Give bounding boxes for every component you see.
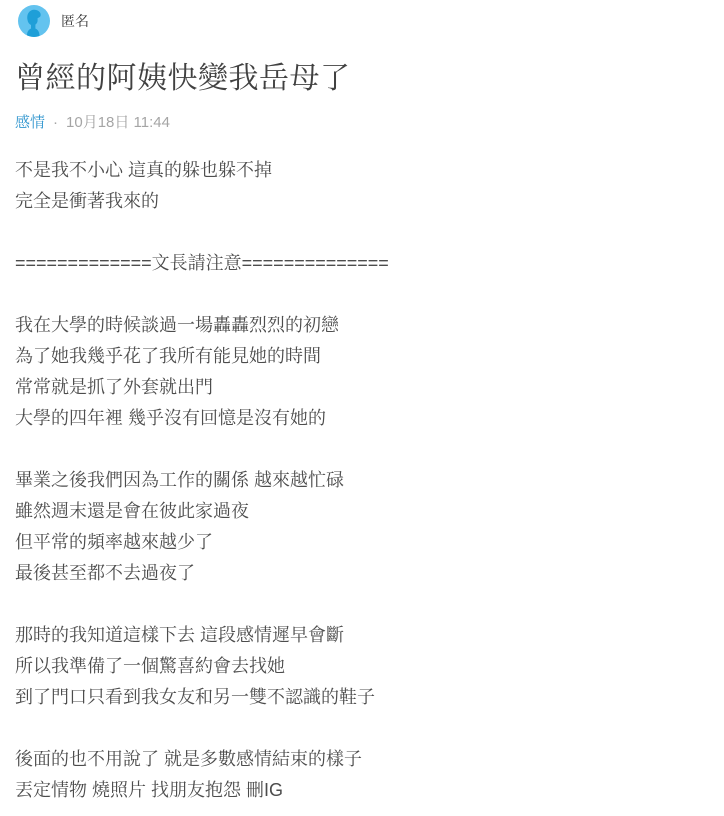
- post-line: =============文長請注意==============: [15, 248, 708, 279]
- post-line: 我在大學的時候談過一場轟轟烈烈的初戀: [15, 310, 708, 341]
- post-line: 到了門口只看到我女友和另一雙不認識的鞋子: [15, 682, 708, 713]
- post-line: 為了她我幾乎花了我所有能見她的時間: [15, 341, 708, 372]
- post-meta: 感情 · 10月18日 11:44: [15, 113, 708, 133]
- post-line: 不是我不小心 這真的躲也躲不掉: [15, 155, 708, 186]
- meta-separator: ·: [53, 113, 58, 133]
- post-paragraph: 那時的我知道這樣下去 這段感情遲早會斷所以我準備了一個驚喜約會去找她到了門口只看…: [15, 620, 708, 713]
- post-title: 曾經的阿姨快變我岳母了: [15, 59, 708, 99]
- post-line: 丟定情物 燒照片 找朋友抱怨 刪IG: [15, 775, 708, 806]
- post-line: 但平常的頻率越來越少了: [15, 527, 708, 558]
- author-label: 匿名: [61, 11, 89, 31]
- post-line: 所以我準備了一個驚喜約會去找她: [15, 651, 708, 682]
- post-line: 完全是衝著我來的: [15, 186, 708, 217]
- post-line: 畢業之後我們因為工作的關係 越來越忙碌: [15, 465, 708, 496]
- post-paragraph: 不是我不小心 這真的躲也躲不掉完全是衝著我來的: [15, 155, 708, 217]
- post-body: 不是我不小心 這真的躲也躲不掉完全是衝著我來的=============文長請注…: [15, 155, 708, 806]
- post-line: 常常就是抓了外套就出門: [15, 372, 708, 403]
- post-line: 那時的我知道這樣下去 這段感情遲早會斷: [15, 620, 708, 651]
- post-paragraph: 畢業之後我們因為工作的關係 越來越忙碌雖然週末還是會在彼此家過夜但平常的頻率越來…: [15, 465, 708, 589]
- post-line: 雖然週末還是會在彼此家過夜: [15, 496, 708, 527]
- post-author-row: 匿名: [18, 5, 708, 37]
- post-line: 大學的四年裡 幾乎沒有回憶是沒有她的: [15, 403, 708, 434]
- post-line: 最後甚至都不去過夜了: [15, 558, 708, 589]
- post-paragraph: =============文長請注意==============: [15, 248, 708, 279]
- post-page: 匿名 曾經的阿姨快變我岳母了 感情 · 10月18日 11:44 不是我不小心 …: [0, 0, 724, 816]
- post-timestamp: 10月18日 11:44: [66, 113, 170, 133]
- anonymous-avatar-icon: [18, 5, 50, 37]
- post-line: 後面的也不用說了 就是多數感情結束的樣子: [15, 744, 708, 775]
- post-paragraph: 後面的也不用說了 就是多數感情結束的樣子丟定情物 燒照片 找朋友抱怨 刪IG: [15, 744, 708, 806]
- post-paragraph: 我在大學的時候談過一場轟轟烈烈的初戀為了她我幾乎花了我所有能見她的時間常常就是抓…: [15, 310, 708, 434]
- topic-link[interactable]: 感情: [15, 113, 45, 133]
